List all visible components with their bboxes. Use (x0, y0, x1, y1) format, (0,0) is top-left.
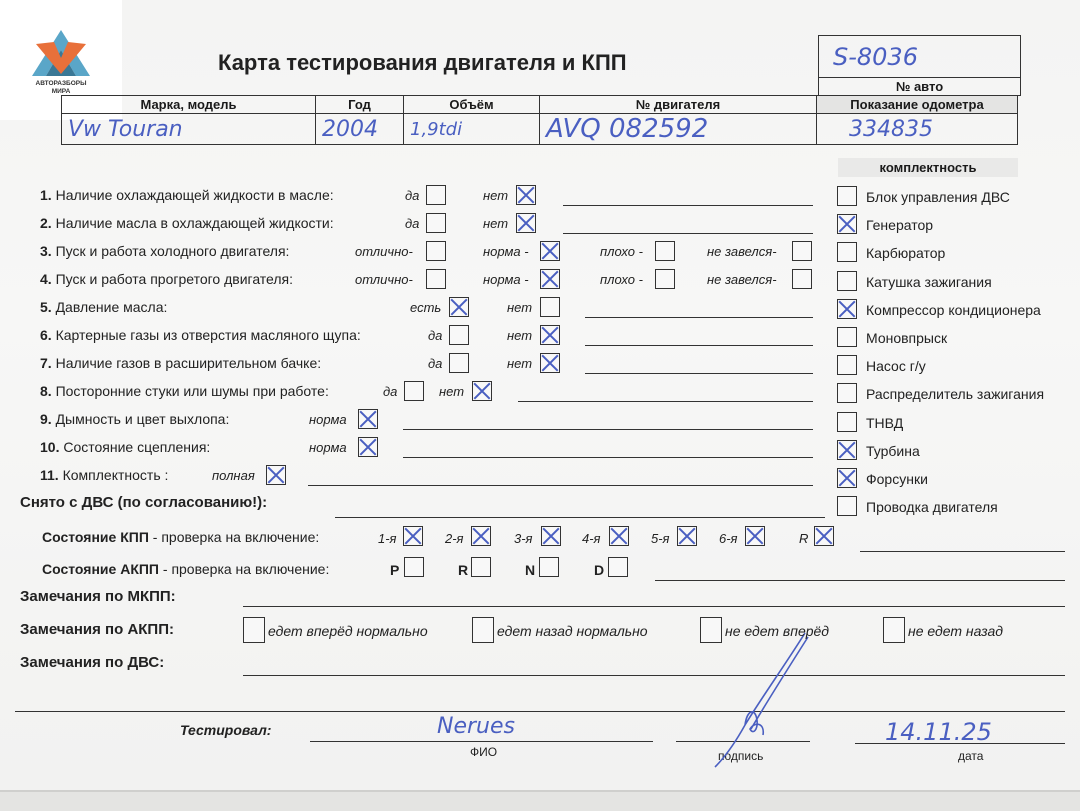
checkbox-7-1[interactable] (449, 353, 469, 373)
akpp-gear-label: D (594, 562, 604, 578)
kpp-notes-line[interactable] (860, 551, 1065, 552)
col-header-year: Год (316, 96, 404, 114)
car-number-label: № авто (819, 78, 1021, 96)
checkbox-3-2[interactable] (540, 241, 560, 261)
kpp-gear-checkbox[interactable] (403, 526, 423, 546)
option-label: да (428, 356, 442, 371)
komplektnost-checkbox[interactable] (837, 468, 857, 488)
checkbox-3-4[interactable] (792, 241, 812, 261)
date-caption: дата (958, 749, 983, 763)
logo-mark-icon (32, 28, 90, 80)
value-model: Vw Touran (62, 114, 316, 145)
option-label: плохо - (600, 272, 643, 287)
remarks-dvs-label: Замечания по ДВС: (20, 654, 164, 671)
komplektnost-checkbox[interactable] (837, 242, 857, 262)
test-card-sheet: АВТОРАЗБОРЫ МИРА Карта тестирования двиг… (0, 0, 1080, 790)
option-label: нет (483, 188, 508, 203)
notes-line[interactable] (518, 401, 813, 402)
komplektnost-item-label: ТНВД (866, 415, 903, 431)
option-label: не завелся- (707, 244, 777, 259)
value-year: 2004 (316, 114, 404, 145)
kpp-gear-label: 6-я (719, 531, 738, 546)
checkbox-6-2[interactable] (540, 325, 560, 345)
komplektnost-item-label: Распределитель зажигания (866, 386, 1044, 402)
akpp-gear-checkbox[interactable] (608, 557, 628, 577)
kpp-gear-label: 2-я (445, 531, 464, 546)
col-header-engine-number: № двигателя (540, 96, 817, 114)
option-label: норма - (483, 244, 529, 259)
checkbox-3-1[interactable] (426, 241, 446, 261)
vehicle-info-table: Марка, модель Год Объём № двигателя Пока… (61, 95, 1018, 145)
kpp-gear-label: 5-я (651, 531, 670, 546)
checkbox-3-3[interactable] (655, 241, 675, 261)
check-row-label: 3. Пуск и работа холодного двигателя: (40, 243, 289, 259)
kpp-gear-label: 3-я (514, 531, 533, 546)
check-row-label: 4. Пуск и работа прогретого двигателя: (40, 271, 293, 287)
akpp-remark-label: не едет назад (908, 623, 1003, 639)
option-label: нет (483, 216, 508, 231)
option-label: отлично- (355, 244, 413, 259)
akpp-remark-label: едет вперёд нормально (268, 623, 428, 639)
notes-line[interactable] (308, 485, 813, 486)
checkbox-5-2[interactable] (540, 297, 560, 317)
komplektnost-item-label: Форсунки (866, 471, 928, 487)
tester-name-line[interactable] (310, 741, 653, 742)
checkbox-4-3[interactable] (655, 269, 675, 289)
notes-line[interactable] (403, 429, 813, 430)
akpp-remark-label: не едет вперёд (725, 623, 829, 639)
komplektnost-title: комплектность (838, 158, 1018, 177)
kpp-gear-checkbox[interactable] (609, 526, 629, 546)
akpp-gear-label: R (458, 562, 468, 578)
checkbox-4-1[interactable] (426, 269, 446, 289)
value-odometer: 334835 (817, 114, 1018, 145)
kpp-gear-label: R (799, 531, 808, 546)
remarks-dvs-line[interactable] (243, 675, 1065, 676)
kpp-gear-checkbox[interactable] (541, 526, 561, 546)
table-row: Vw Touran 2004 1,9tdi AVQ 082592 334835 (62, 114, 1018, 145)
komplektnost-checkbox[interactable] (837, 383, 857, 403)
checkbox-7-2[interactable] (540, 353, 560, 373)
komplektnost-item-label: Блок управления ДВС (866, 189, 1010, 205)
car-number-value: S-8036 (819, 36, 1021, 78)
value-engine-number: AVQ 082592 (540, 114, 817, 145)
notes-line[interactable] (403, 457, 813, 458)
kpp-label: Состояние КПП - проверка на включение: (42, 529, 319, 545)
option-label: да (405, 216, 419, 231)
akpp-gear-label: N (525, 562, 535, 578)
col-header-odometer: Показание одометра (817, 96, 1018, 114)
akpp-notes-line[interactable] (655, 580, 1065, 581)
komplektnost-item-label: Турбина (866, 443, 920, 459)
logo-text-line1: АВТОРАЗБОРЫ (0, 80, 122, 87)
akpp-gear-checkbox[interactable] (404, 557, 424, 577)
komplektnost-checkbox[interactable] (837, 214, 857, 234)
komplektnost-checkbox[interactable] (837, 355, 857, 375)
remarks-mkpp-line[interactable] (243, 606, 1065, 607)
checkbox-1-1[interactable] (426, 185, 446, 205)
option-label: нет (507, 356, 532, 371)
kpp-gear-checkbox[interactable] (745, 526, 765, 546)
tested-by-label: Тестировал: (180, 722, 271, 738)
akpp-remark-checkbox[interactable] (243, 617, 265, 643)
check-row-label: 10. Состояние сцепления: (40, 439, 210, 455)
akpp-remark-checkbox[interactable] (883, 617, 905, 643)
logo-text-line2: МИРА (0, 88, 122, 95)
akpp-gear-checkbox[interactable] (539, 557, 559, 577)
check-row-label: 6. Картерные газы из отверстия масляного… (40, 327, 361, 343)
check-row-label: 7. Наличие газов в расширительном бачке: (40, 355, 321, 371)
option-label: не завелся- (707, 272, 777, 287)
komplektnost-checkbox[interactable] (837, 412, 857, 432)
option-label: норма - (483, 272, 529, 287)
kpp-gear-label: 1-я (378, 531, 397, 546)
option-label: нет (507, 328, 532, 343)
komplektnost-item-label: Генератор (866, 217, 933, 233)
checkbox-11-1[interactable] (266, 465, 286, 485)
komplektnost-item-label: Моновпрыск (866, 330, 947, 346)
remarks-dvs-line-2[interactable] (15, 711, 1065, 712)
date-line[interactable] (855, 743, 1065, 744)
checkbox-10-1[interactable] (358, 437, 378, 457)
removed-label: Снято с ДВС (по согласованию!): (20, 494, 267, 511)
komplektnost-checkbox[interactable] (837, 299, 857, 319)
notes-line[interactable] (585, 373, 813, 374)
check-row-label: 1. Наличие охлаждающей жидкости в масле: (40, 187, 334, 203)
option-label: да (428, 328, 442, 343)
komplektnost-checkbox[interactable] (837, 186, 857, 206)
checkbox-8-1[interactable] (404, 381, 424, 401)
option-label: есть (410, 300, 441, 315)
option-label: да (405, 188, 419, 203)
komplektnost-item-label: Насос г/у (866, 358, 926, 374)
remarks-akpp-label: Замечания по АКПП: (20, 621, 174, 638)
col-header-model: Марка, модель (62, 96, 316, 114)
check-row-label: 2. Наличие масла в охлаждающей жидкости: (40, 215, 334, 231)
akpp-remark-checkbox[interactable] (472, 617, 494, 643)
komplektnost-checkbox[interactable] (837, 271, 857, 291)
removed-line[interactable] (335, 517, 825, 518)
kpp-gear-label: 4-я (582, 531, 601, 546)
option-label: норма (309, 440, 347, 455)
checkbox-1-2[interactable] (516, 185, 536, 205)
akpp-remark-checkbox[interactable] (700, 617, 722, 643)
remarks-mkpp-label: Замечания по МКПП: (20, 588, 176, 605)
tester-name-value: Nerues (437, 714, 515, 739)
komplektnost-item-label: Карбюратор (866, 245, 945, 261)
option-label: отлично- (355, 272, 413, 287)
notes-line[interactable] (563, 233, 813, 234)
komplektnost-item-label: Проводка двигателя (866, 499, 998, 515)
check-row-label: 11. Комплектность : (40, 467, 168, 483)
akpp-gear-label: P (390, 562, 399, 578)
checkbox-4-4[interactable] (792, 269, 812, 289)
name-caption: ФИО (470, 745, 497, 759)
sheet-edge (0, 790, 1080, 811)
notes-line[interactable] (585, 317, 813, 318)
kpp-gear-checkbox[interactable] (814, 526, 834, 546)
notes-line[interactable] (563, 205, 813, 206)
value-volume: 1,9tdi (404, 114, 540, 145)
notes-line[interactable] (585, 345, 813, 346)
checkbox-4-2[interactable] (540, 269, 560, 289)
checkbox-2-2[interactable] (516, 213, 536, 233)
option-label: полная (212, 468, 255, 483)
checkbox-2-1[interactable] (426, 213, 446, 233)
col-header-volume: Объём (404, 96, 540, 114)
option-label: нет (507, 300, 532, 315)
akpp-label: Состояние АКПП - проверка на включение: (42, 561, 329, 577)
option-label: нет (439, 384, 464, 399)
komplektnost-checkbox[interactable] (837, 496, 857, 516)
check-row-label: 9. Дымность и цвет выхлопа: (40, 411, 229, 427)
page-title: Карта тестирования двигателя и КПП (218, 50, 627, 76)
option-label: да (383, 384, 397, 399)
komplektnost-item-label: Компрессор кондиционера (866, 302, 1041, 318)
checkbox-5-1[interactable] (449, 297, 469, 317)
checkbox-6-1[interactable] (449, 325, 469, 345)
kpp-gear-checkbox[interactable] (471, 526, 491, 546)
komplektnost-item-label: Катушка зажигания (866, 274, 992, 290)
table-header-row: Марка, модель Год Объём № двигателя Пока… (62, 96, 1018, 114)
check-row-label: 5. Давление масла: (40, 299, 167, 315)
komplektnost-checkbox[interactable] (837, 327, 857, 347)
option-label: плохо - (600, 244, 643, 259)
checkbox-9-1[interactable] (358, 409, 378, 429)
komplektnost-checkbox[interactable] (837, 440, 857, 460)
akpp-remark-label: едет назад нормально (497, 623, 648, 639)
check-row-label: 8. Посторонние стуки или шумы при работе… (40, 383, 329, 399)
signature-scribble-icon (675, 625, 825, 775)
kpp-gear-checkbox[interactable] (677, 526, 697, 546)
date-value: 14.11.25 (885, 718, 992, 746)
option-label: норма (309, 412, 347, 427)
checkbox-8-2[interactable] (472, 381, 492, 401)
car-number-box: S-8036 № авто (818, 35, 1021, 96)
akpp-gear-checkbox[interactable] (471, 557, 491, 577)
